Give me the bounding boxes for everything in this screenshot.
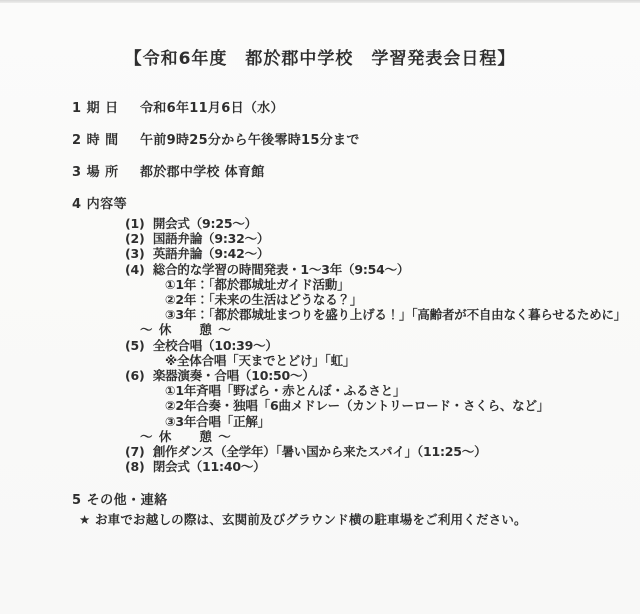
scanned-document-page: 【令和6年度 都於郡中学校 学習発表会日程】 1 期 日令和6年11月6日（水）…	[0, 0, 640, 614]
program-line: (3) 英語弁論（9:42～）	[0, 246, 640, 261]
meta-value: 都於郡中学校 体育館	[140, 166, 265, 180]
program-line: ②2年合奏・独唱「6曲メドレー（カントリーロード・さくら、など」	[0, 398, 640, 413]
program-line-list: (1) 開会式（9:25～）(2) 国語弁論（9:32～）(3) 英語弁論（9:…	[0, 216, 640, 474]
parking-note: ★ お車でお越しの際は、玄関前及びグラウンド横の駐車場をご利用ください。	[0, 512, 640, 527]
meta-label: 1 期 日	[72, 102, 140, 116]
program-line: ～ 休 憩 ～	[0, 322, 640, 337]
program-line: (2) 国語弁論（9:32～）	[0, 231, 640, 246]
contents-section-heading: 4 内容等	[0, 198, 640, 212]
program-line: (5) 全校合唱（10:39～）	[0, 338, 640, 353]
program-line: (4) 総合的な学習の時間発表・1～3年（9:54～）	[0, 262, 640, 277]
program-line: ①1年斉唱「野ばら・赤とんぼ・ふるさと」	[0, 383, 640, 398]
program-line: ①1年：「都於郡城址ガイド活動」	[0, 277, 640, 292]
program-line: (8) 閉会式（11:40～）	[0, 459, 640, 474]
page-top-edge-shadow	[0, 0, 640, 3]
program-line: (7) 創作ダンス（全学年）「暑い国から来たスパイ」（11:25～）	[0, 444, 640, 459]
meta-section-list: 1 期 日令和6年11月6日（水）2 時 間午前9時25分から午後零時15分まで…	[0, 102, 640, 180]
program-line: ※全体合唱「天までとどけ」「虹」	[0, 353, 640, 368]
program-line: ③3年：「都於郡城址まつりを盛り上げる！」「高齢者が不自由なく暮らせるために」	[0, 307, 640, 322]
program-line: ②2年：「未来の生活はどうなる？」	[0, 292, 640, 307]
meta-value: 令和6年11月6日（水）	[140, 102, 284, 116]
meta-row: 1 期 日令和6年11月6日（水）	[72, 102, 640, 116]
meta-row: 2 時 間午前9時25分から午後零時15分まで	[72, 134, 640, 148]
meta-value: 午前9時25分から午後零時15分まで	[140, 134, 360, 148]
meta-label: 3 場 所	[72, 166, 140, 180]
other-section-heading: 5 その他・連絡	[0, 494, 640, 508]
meta-label: 2 時 間	[72, 134, 140, 148]
program-line: (6) 楽器演奏・合唱（10:50～）	[0, 368, 640, 383]
meta-row: 3 場 所都於郡中学校 体育館	[72, 166, 640, 180]
program-line: ③3年合唱「正解」	[0, 414, 640, 429]
document-title: 【令和6年度 都於郡中学校 学習発表会日程】	[0, 0, 640, 69]
program-line: ～ 休 憩 ～	[0, 429, 640, 444]
program-line: (1) 開会式（9:25～）	[0, 216, 640, 231]
